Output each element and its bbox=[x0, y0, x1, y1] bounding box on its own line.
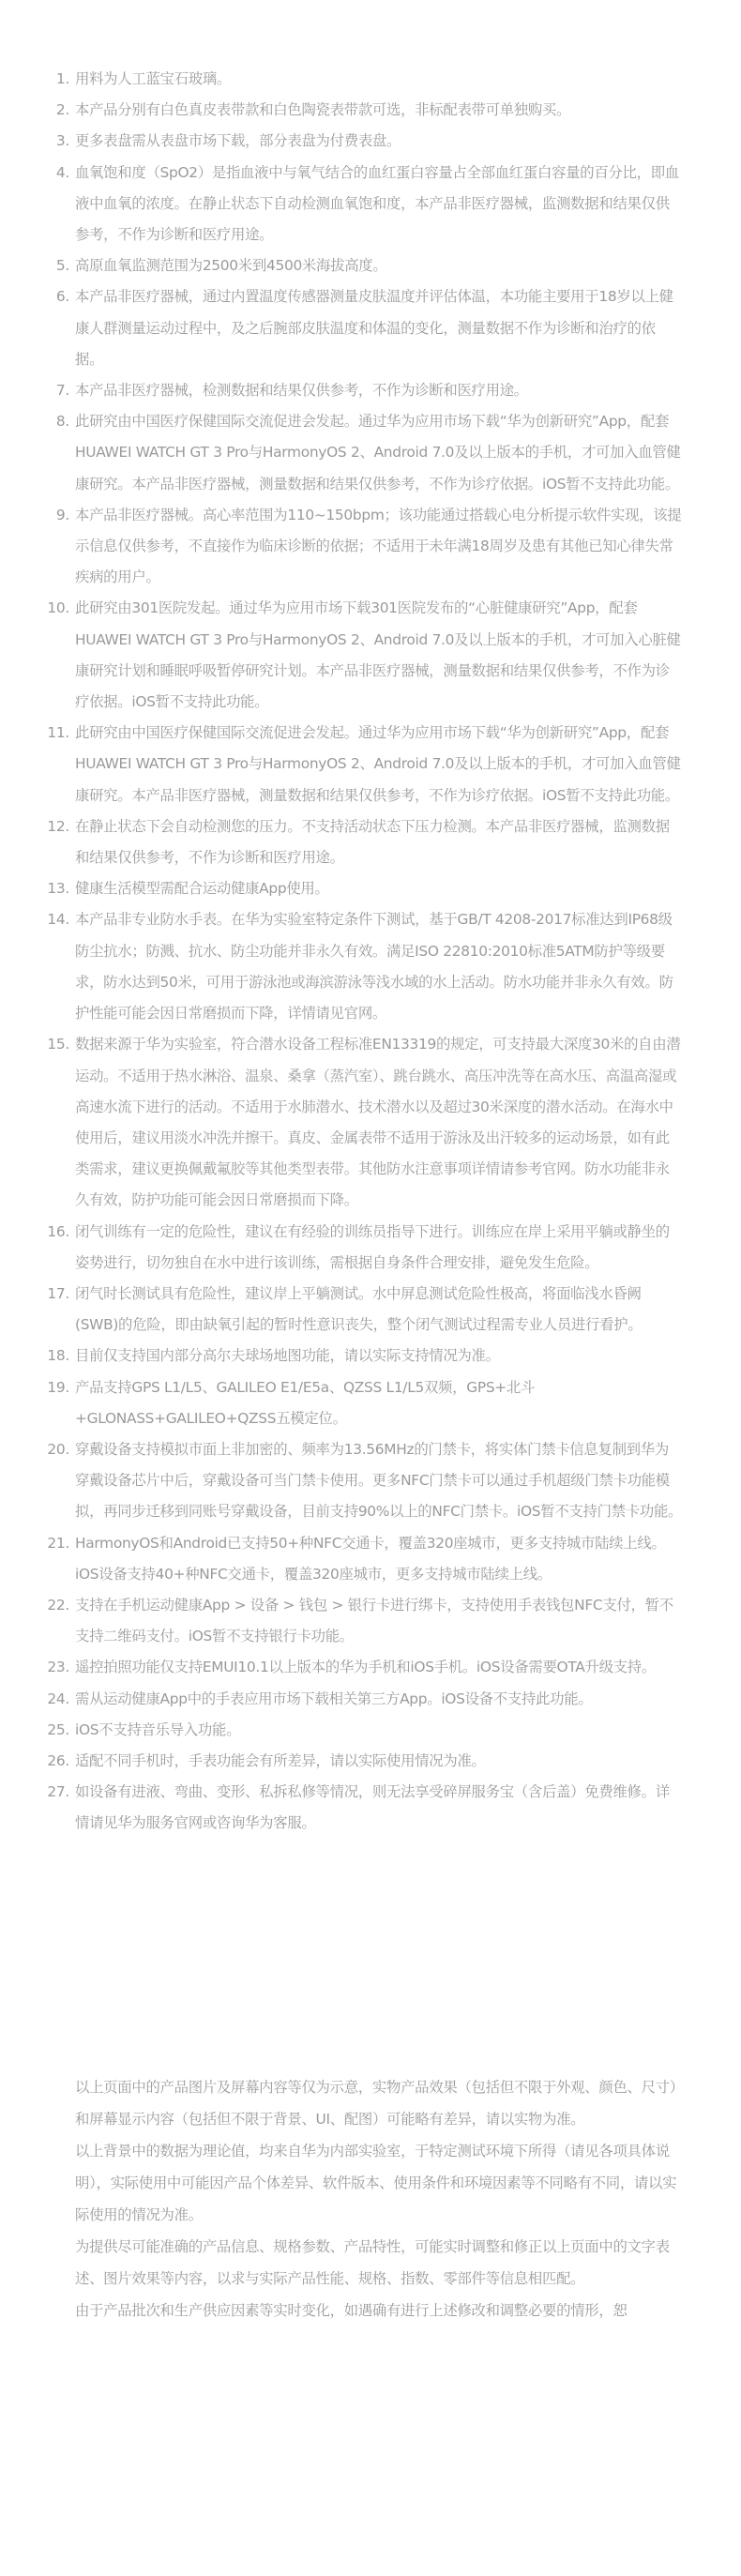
footnote-text: 支持在手机运动健康App > 设备 > 钱包 > 银行卡进行绑卡，支持使用手表钱… bbox=[75, 1597, 673, 1644]
footnote-number: 27. bbox=[0, 1777, 69, 1808]
footnote-item: 7.本产品非医疗器械，检测数据和结果仅供参考，不作为诊断和医疗用途。 bbox=[0, 375, 683, 406]
footnote-number: 23. bbox=[0, 1652, 69, 1683]
footnote-text: 本产品非医疗器械，通过内置温度传感器测量皮肤温度并评估体温，本功能主要用于18岁… bbox=[75, 288, 673, 367]
footnote-item: 21.HarmonyOS和Android已支持50+种NFC交通卡，覆盖320座… bbox=[0, 1528, 683, 1590]
footnote-item: 15.数据来源于华为实验室，符合潜水设备工程标准EN13319的规定，可支持最大… bbox=[0, 1029, 683, 1216]
footnote-item: 18.目前仅支持国内部分高尔夫球场地图功能，请以实际支持情况为准。 bbox=[0, 1341, 683, 1371]
footnote-item: 25.iOS不支持音乐导入功能。 bbox=[0, 1715, 683, 1746]
footnote-text: 高原血氧监测范围为2500米到4500米海拔高度。 bbox=[75, 257, 386, 274]
footnote-item: 1.用料为人工蓝宝石玻璃。 bbox=[0, 64, 683, 95]
footnote-item: 23.遥控拍照功能仅支持EMUI10.1以上版本的华为手机和iOS手机。iOS设… bbox=[0, 1652, 683, 1683]
disclaimer-paragraph: 以上背景中的数据为理论值，均来自华为内部实验室，于特定测试环境下所得（请见各项具… bbox=[75, 2135, 683, 2231]
footnote-text: 本产品非专业防水手表。在华为实验室特定条件下测试，基于GB/T 4208-201… bbox=[75, 911, 673, 1022]
footnote-item: 22.支持在手机运动健康App > 设备 > 钱包 > 银行卡进行绑卡，支持使用… bbox=[0, 1590, 683, 1652]
footnote-text: 本产品非医疗器械，检测数据和结果仅供参考，不作为诊断和医疗用途。 bbox=[75, 382, 528, 399]
footnote-number: 18. bbox=[0, 1341, 69, 1371]
footnote-item: 24.需从运动健康App中的手表应用市场下载相关第三方App。iOS设备不支持此… bbox=[0, 1684, 683, 1715]
footnote-text: 用料为人工蓝宝石玻璃。 bbox=[75, 70, 231, 87]
disclaimer-paragraph: 为提供尽可能准确的产品信息、规格参数、产品特性，可能实时调整和修正以上页面中的文… bbox=[75, 2231, 683, 2295]
footnote-number: 6. bbox=[0, 281, 69, 312]
footnote-text: 本产品分别有白色真皮表带款和白色陶瓷表带款可选，非标配表带可单独购买。 bbox=[75, 101, 570, 118]
footnote-text: 更多表盘需从表盘市场下载，部分表盘为付费表盘。 bbox=[75, 132, 401, 149]
footnote-number: 15. bbox=[0, 1029, 69, 1060]
footnote-number: 12. bbox=[0, 811, 69, 842]
footnote-number: 25. bbox=[0, 1715, 69, 1746]
footnote-text: HarmonyOS和Android已支持50+种NFC交通卡，覆盖320座城市，… bbox=[75, 1535, 666, 1583]
footnote-text: iOS不支持音乐导入功能。 bbox=[75, 1721, 240, 1738]
footnote-item: 14.本产品非专业防水手表。在华为实验室特定条件下测试，基于GB/T 4208-… bbox=[0, 904, 683, 1029]
footnote-text: 此研究由中国医疗保健国际交流促进会发起。通过华为应用市场下载“华为创新研究”Ap… bbox=[75, 724, 681, 803]
footnote-item: 20.穿戴设备支持模拟市面上非加密的、频率为13.56MHz的门禁卡，将实体门禁… bbox=[0, 1434, 683, 1528]
footnote-item: 12.在静止状态下会自动检测您的压力。不支持活动状态下压力检测。本产品非医疗器械… bbox=[0, 811, 683, 873]
footnote-item: 17.闭气时长测试具有危险性，建议岸上平躺测试。水中屏息测试危险性极高，将面临浅… bbox=[0, 1279, 683, 1341]
footnote-text: 产品支持GPS L1/L5、GALILEO E1/E5a、QZSS L1/L5双… bbox=[75, 1379, 535, 1427]
footnote-number: 19. bbox=[0, 1372, 69, 1403]
footnote-number: 16. bbox=[0, 1217, 69, 1248]
footnote-item: 26.适配不同手机时，手表功能会有所差异，请以实际使用情况为准。 bbox=[0, 1746, 683, 1777]
footnote-text: 此研究由301医院发起。通过华为应用市场下载301医院发布的“心脏健康研究”Ap… bbox=[75, 599, 681, 710]
footnote-item: 27.如设备有进液、弯曲、变形、私拆私修等情况，则无法享受碎屏服务宝（含后盖）免… bbox=[0, 1777, 683, 1839]
footnote-number: 5. bbox=[0, 250, 69, 281]
footnote-number: 13. bbox=[0, 873, 69, 904]
footnote-number: 20. bbox=[0, 1434, 69, 1465]
footnote-text: 健康生活模型需配合运动健康App使用。 bbox=[75, 880, 329, 897]
footnote-text: 穿戴设备支持模拟市面上非加密的、频率为13.56MHz的门禁卡，将实体门禁卡信息… bbox=[75, 1441, 682, 1520]
footnote-item: 13.健康生活模型需配合运动健康App使用。 bbox=[0, 873, 683, 904]
footnote-text: 血氧饱和度（SpO2）是指血液中与氧气结合的血红蛋白容量占全部血红蛋白容量的百分… bbox=[75, 164, 679, 243]
footnote-text: 此研究由中国医疗保健国际交流促进会发起。通过华为应用市场下载“华为创新研究”Ap… bbox=[75, 413, 681, 492]
footnote-text: 适配不同手机时，手表功能会有所差异，请以实际使用情况为准。 bbox=[75, 1752, 486, 1769]
footnote-item: 4.血氧饱和度（SpO2）是指血液中与氧气结合的血红蛋白容量占全部血红蛋白容量的… bbox=[0, 158, 683, 251]
footnote-number: 1. bbox=[0, 64, 69, 95]
footnote-item: 16.闭气训练有一定的危险性，建议在有经验的训练员指导下进行。训练应在岸上采用平… bbox=[0, 1217, 683, 1279]
disclaimer-page: 1.用料为人工蓝宝石玻璃。 2.本产品分别有白色真皮表带款和白色陶瓷表带款可选，… bbox=[0, 0, 741, 2576]
footnote-number: 14. bbox=[0, 904, 69, 935]
footnote-number: 8. bbox=[0, 406, 69, 437]
footnote-number: 9. bbox=[0, 500, 69, 531]
footnote-item: 2.本产品分别有白色真皮表带款和白色陶瓷表带款可选，非标配表带可单独购买。 bbox=[0, 95, 683, 126]
footnote-text: 闭气时长测试具有危险性，建议岸上平躺测试。水中屏息测试危险性极高，将面临浅水昏阙… bbox=[75, 1285, 642, 1333]
footnote-number: 24. bbox=[0, 1684, 69, 1715]
footnote-text: 在静止状态下会自动检测您的压力。不支持活动状态下压力检测。本产品非医疗器械，监测… bbox=[75, 818, 670, 866]
disclaimer-footer: 以上页面中的产品图片及屏幕内容等仅为示意，实物产品效果（包括但不限于外观、颜色、… bbox=[75, 2071, 683, 2326]
footnote-number: 4. bbox=[0, 158, 69, 189]
footnote-number: 22. bbox=[0, 1590, 69, 1621]
footnote-item: 9.本产品非医疗器械。高心率范围为110~150bpm；该功能通过搭载心电分析提… bbox=[0, 500, 683, 594]
footnote-list: 1.用料为人工蓝宝石玻璃。 2.本产品分别有白色真皮表带款和白色陶瓷表带款可选，… bbox=[0, 64, 741, 1840]
footnote-item: 19.产品支持GPS L1/L5、GALILEO E1/E5a、QZSS L1/… bbox=[0, 1372, 683, 1434]
footnote-text: 本产品非医疗器械。高心率范围为110~150bpm；该功能通过搭载心电分析提示软… bbox=[75, 507, 681, 585]
footnote-number: 7. bbox=[0, 375, 69, 406]
footnote-text: 如设备有进液、弯曲、变形、私拆私修等情况，则无法享受碎屏服务宝（含后盖）免费维修… bbox=[75, 1783, 670, 1831]
footnote-number: 11. bbox=[0, 718, 69, 749]
footnote-item: 10.此研究由301医院发起。通过华为应用市场下载301医院发布的“心脏健康研究… bbox=[0, 593, 683, 718]
footnote-item: 5.高原血氧监测范围为2500米到4500米海拔高度。 bbox=[0, 250, 683, 281]
footnote-item: 6.本产品非医疗器械，通过内置温度传感器测量皮肤温度并评估体温，本功能主要用于1… bbox=[0, 281, 683, 375]
footnote-text: 闭气训练有一定的危险性，建议在有经验的训练员指导下进行。训练应在岸上采用平躺或静… bbox=[75, 1223, 670, 1271]
footnote-text: 遥控拍照功能仅支持EMUI10.1以上版本的华为手机和iOS手机。iOS设备需要… bbox=[75, 1659, 656, 1675]
footnote-text: 需从运动健康App中的手表应用市场下载相关第三方App。iOS设备不支持此功能。 bbox=[75, 1690, 592, 1707]
footnote-number: 21. bbox=[0, 1528, 69, 1559]
disclaimer-paragraph: 由于产品批次和生产供应因素等实时变化，如遇确有进行上述修改和调整必要的情形，恕 bbox=[75, 2295, 683, 2326]
footnote-text: 数据来源于华为实验室，符合潜水设备工程标准EN13319的规定，可支持最大深度3… bbox=[75, 1036, 680, 1208]
footnote-item: 11.此研究由中国医疗保健国际交流促进会发起。通过华为应用市场下载“华为创新研究… bbox=[0, 718, 683, 811]
disclaimer-paragraph: 以上页面中的产品图片及屏幕内容等仅为示意，实物产品效果（包括但不限于外观、颜色、… bbox=[75, 2071, 683, 2135]
footnote-item: 3.更多表盘需从表盘市场下载，部分表盘为付费表盘。 bbox=[0, 126, 683, 157]
footnote-item: 8.此研究由中国医疗保健国际交流促进会发起。通过华为应用市场下载“华为创新研究”… bbox=[0, 406, 683, 500]
footnote-number: 17. bbox=[0, 1279, 69, 1310]
footnote-number: 2. bbox=[0, 95, 69, 126]
footnote-number: 26. bbox=[0, 1746, 69, 1777]
footnote-number: 3. bbox=[0, 126, 69, 157]
footnote-number: 10. bbox=[0, 593, 69, 624]
footnote-text: 目前仅支持国内部分高尔夫球场地图功能，请以实际支持情况为准。 bbox=[75, 1347, 500, 1364]
